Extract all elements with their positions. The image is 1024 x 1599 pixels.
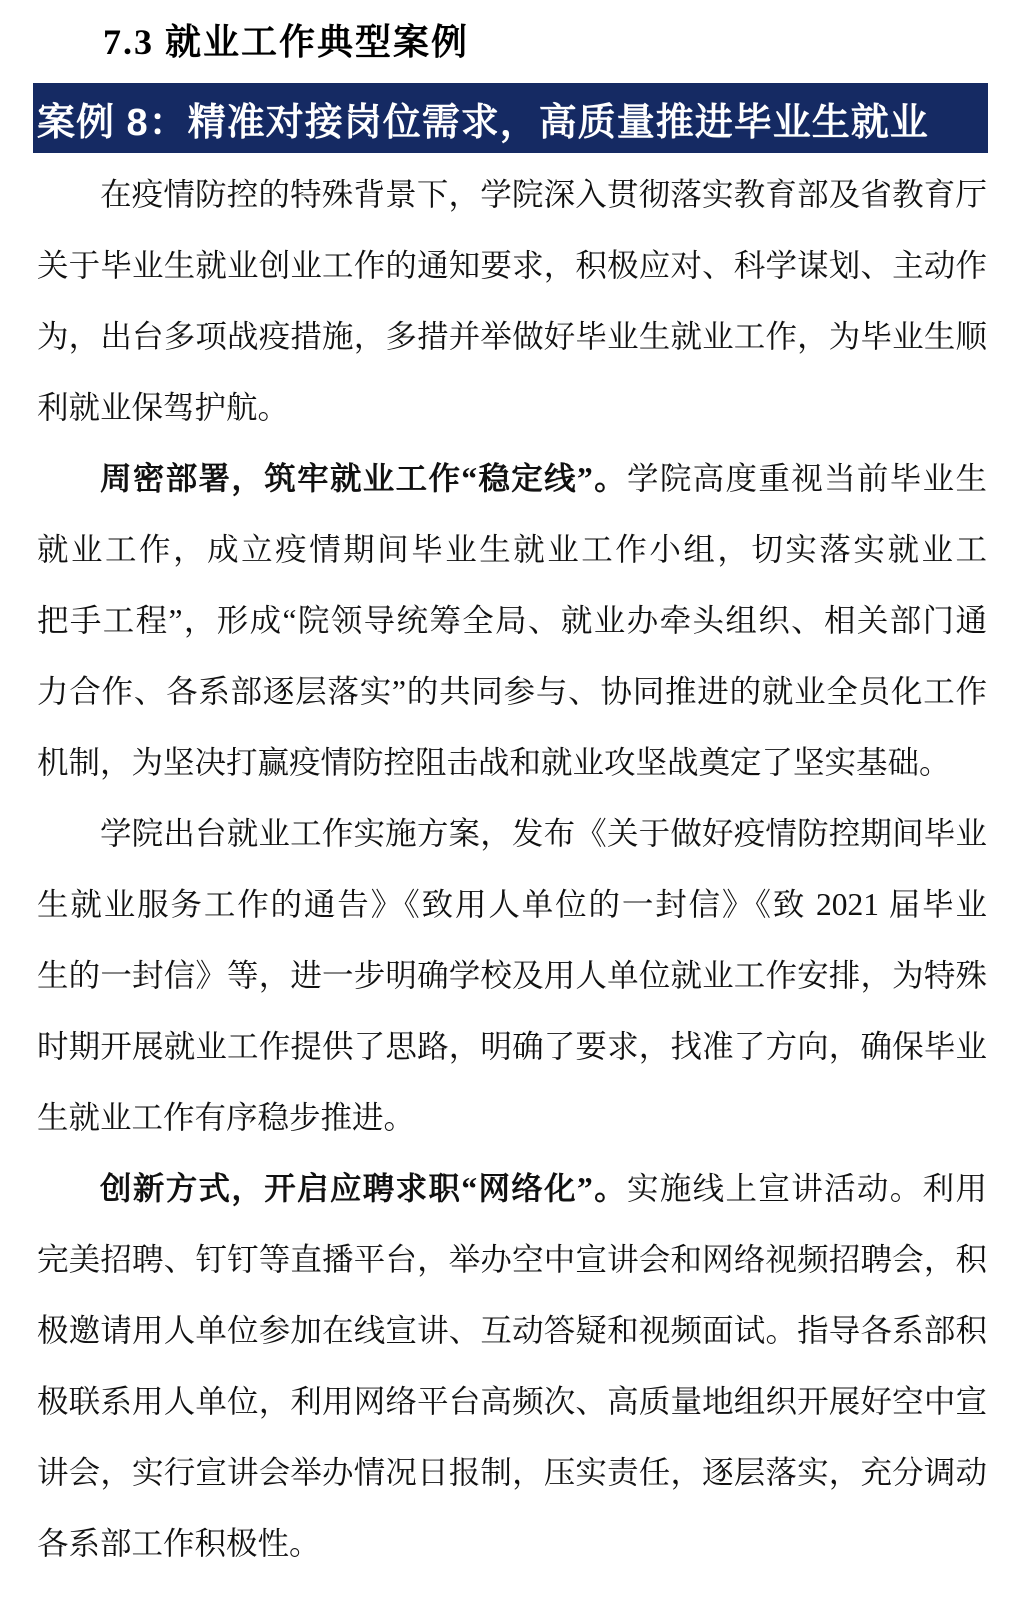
text-line: 力合作、各系部逐层落实”的共同参与、协同推进的就业全员化工作	[37, 656, 987, 727]
text-line: 在疫情防控的特殊背景下，学院深入贯彻落实教育部及省教育厅	[37, 159, 987, 230]
text-line: 为，出台多项战疫措施，多措并举做好毕业生就业工作，为毕业生顺	[37, 301, 987, 372]
text-run: 时期开展就业工作提供了思路，明确了要求，找准了方向，确保毕业	[37, 1029, 987, 1064]
paragraph: 学院出台就业工作实施方案，发布《关于做好疫情防控期间毕业生就业服务工作的通告》《…	[37, 798, 987, 1153]
paragraph: 周密部署，筑牢就业工作“稳定线”。学院高度重视当前毕业生就业工作，成立疫情期间毕…	[37, 443, 987, 798]
text-line: 讲会，实行宣讲会举办情况日报制，压实责任，逐层落实，充分调动	[37, 1437, 987, 1508]
section-heading: 7.3 就业工作典型案例	[103, 14, 469, 65]
case-banner-title: 案例 8：精准对接岗位需求，高质量推进毕业生就业	[37, 91, 929, 146]
text-run: 讲会，实行宣讲会举办情况日报制，压实责任，逐层落实，充分调动	[37, 1455, 987, 1490]
text-run: 极邀请用人单位参加在线宣讲、互动答疑和视频面试。指导各系部积	[37, 1313, 987, 1348]
text-line: 生就业服务工作的通告》《致用人单位的一封信》《致 2021 届毕业	[37, 869, 987, 940]
text-line: 周密部署，筑牢就业工作“稳定线”。学院高度重视当前毕业生	[37, 443, 987, 514]
paragraph: 创新方式，开启应聘求职“网络化”。实施线上宣讲活动。利用完美招聘、钉钉等直播平台…	[37, 1153, 987, 1579]
text-run: 极联系用人单位，利用网络平台高频次、高质量地组织开展好空中宣	[37, 1384, 987, 1419]
text-run: 力合作、各系部逐层落实”的共同参与、协同推进的就业全员化工作	[37, 674, 987, 709]
text-run: 学院高度重视当前毕业生	[627, 461, 987, 496]
text-run: 生的一封信》等，进一步明确学校及用人单位就业工作安排，为特殊	[37, 958, 987, 993]
text-line: 极邀请用人单位参加在线宣讲、互动答疑和视频面试。指导各系部积	[37, 1295, 987, 1366]
text-run: 学院出台就业工作实施方案，发布《关于做好疫情防控期间毕业	[100, 816, 987, 851]
text-run: 生就业服务工作的通告》《致用人单位的一封信》《致 2021 届毕业	[37, 887, 987, 922]
case-banner: 案例 8：精准对接岗位需求，高质量推进毕业生就业	[33, 83, 988, 153]
paragraph: 在疫情防控的特殊背景下，学院深入贯彻落实教育部及省教育厅关于毕业生就业创业工作的…	[37, 159, 987, 443]
text-line: 学院出台就业工作实施方案，发布《关于做好疫情防控期间毕业	[37, 798, 987, 869]
text-run: 关于毕业生就业创业工作的通知要求，积极应对、科学谋划、主动作	[37, 248, 987, 283]
text-line: 生就业工作有序稳步推进。	[37, 1082, 987, 1153]
text-run: 把手工程”，形成“院领导统筹全局、就业办牵头组织、相关部门通	[37, 603, 987, 638]
bold-run: 创新方式，开启应聘求职“网络化”。	[100, 1171, 627, 1206]
text-line: 把手工程”，形成“院领导统筹全局、就业办牵头组织、相关部门通	[37, 585, 987, 656]
text-run: 为，出台多项战疫措施，多措并举做好毕业生就业工作，为毕业生顺	[37, 319, 987, 354]
text-line: 利就业保驾护航。	[37, 372, 987, 443]
text-run: 机制，为坚决打赢疫情防控阻击战和就业攻坚战奠定了坚实基础。	[37, 745, 951, 780]
text-line: 创新方式，开启应聘求职“网络化”。实施线上宣讲活动。利用	[37, 1153, 987, 1224]
text-run: 完美招聘、钉钉等直播平台，举办空中宣讲会和网络视频招聘会，积	[37, 1242, 987, 1277]
text-line: 关于毕业生就业创业工作的通知要求，积极应对、科学谋划、主动作	[37, 230, 987, 301]
bold-run: 周密部署，筑牢就业工作“稳定线”。	[100, 461, 627, 496]
text-line: 极联系用人单位，利用网络平台高频次、高质量地组织开展好空中宣	[37, 1366, 987, 1437]
text-run: 在疫情防控的特殊背景下，学院深入贯彻落实教育部及省教育厅	[100, 177, 987, 212]
text-line: 生的一封信》等，进一步明确学校及用人单位就业工作安排，为特殊	[37, 940, 987, 1011]
text-run: 各系部工作积极性。	[37, 1526, 321, 1561]
text-run: 就业工作，成立疫情期间毕业生就业工作小组，切实落实就业工作“一	[37, 532, 987, 585]
document-page: 7.3 就业工作典型案例 案例 8：精准对接岗位需求，高质量推进毕业生就业 在疫…	[0, 0, 1024, 1599]
text-line: 机制，为坚决打赢疫情防控阻击战和就业攻坚战奠定了坚实基础。	[37, 727, 987, 798]
document-body: 在疫情防控的特殊背景下，学院深入贯彻落实教育部及省教育厅关于毕业生就业创业工作的…	[37, 159, 987, 1579]
text-run: 实施线上宣讲活动。利用	[627, 1171, 987, 1206]
text-line: 时期开展就业工作提供了思路，明确了要求，找准了方向，确保毕业	[37, 1011, 987, 1082]
text-line: 完美招聘、钉钉等直播平台，举办空中宣讲会和网络视频招聘会，积	[37, 1224, 987, 1295]
text-line: 就业工作，成立疫情期间毕业生就业工作小组，切实落实就业工作“一	[37, 514, 987, 585]
text-run: 利就业保驾护航。	[37, 390, 289, 425]
text-run: 生就业工作有序稳步推进。	[37, 1100, 415, 1135]
text-line: 各系部工作积极性。	[37, 1508, 987, 1579]
